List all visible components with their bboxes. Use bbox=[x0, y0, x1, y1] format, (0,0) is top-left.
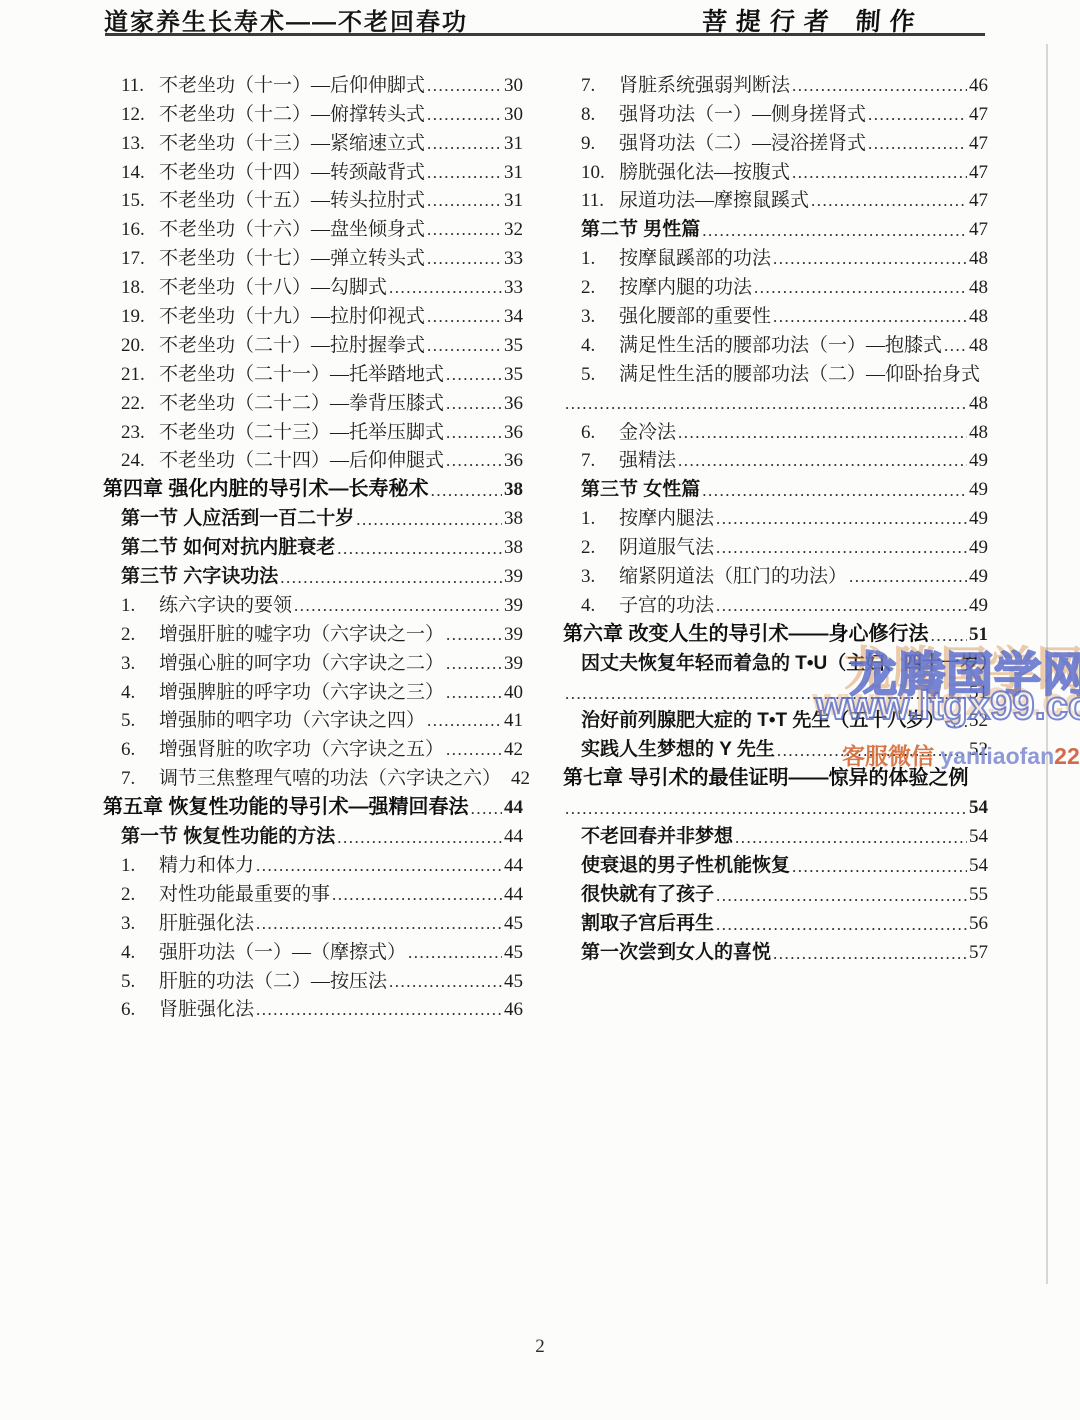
toc-entry-title: 强肝功法（一）—（摩擦式） bbox=[159, 937, 406, 964]
toc-entry-title: 第四章 强化内脏的导引术—长寿秘术 bbox=[103, 472, 429, 501]
toc-entry: 4. 子宫的功法 49 bbox=[563, 590, 988, 619]
toc-entry-title: 尿道功法—摩擦鼠蹊式 bbox=[619, 185, 809, 212]
toc-page-number: 38 bbox=[504, 508, 523, 530]
toc-page-number: 32 bbox=[504, 219, 523, 241]
toc-entry-number: 6. bbox=[103, 739, 159, 761]
toc-entry-title: 对性功能最重要的事 bbox=[159, 879, 330, 906]
toc-entry-title: 第一节 恢复性功能的方法 bbox=[103, 821, 335, 848]
toc-page-number: 31 bbox=[504, 190, 523, 212]
toc-page-number: 49 bbox=[969, 479, 988, 501]
toc-entry-title: 阴道服气法 bbox=[619, 532, 714, 559]
toc-entry: 21. 不老坐功（二十一）—托举踏地式 35 bbox=[103, 359, 523, 388]
toc-entry-title: 强精法 bbox=[619, 445, 676, 472]
toc-leader-dots bbox=[702, 221, 967, 241]
toc-entry-title: 不老坐功（十一）—后仰伸脚式 bbox=[159, 70, 425, 97]
toc-entry-number: 13. bbox=[103, 133, 159, 155]
toc-page-number: 30 bbox=[504, 104, 523, 126]
toc-leader-dots bbox=[427, 306, 502, 328]
toc-leader-dots bbox=[427, 710, 502, 732]
toc-entry: 1. 练六字诀的要领 39 bbox=[103, 590, 523, 619]
toc-entry: 7. 强精法 49 bbox=[563, 446, 988, 475]
toc-page-number: 42 bbox=[504, 739, 523, 761]
toc-entry: 6. 金冷法 48 bbox=[563, 417, 988, 446]
toc-page-number: 51 bbox=[969, 682, 988, 704]
toc-leader-dots bbox=[868, 104, 967, 126]
toc-entry: 5. 肝脏的功法（二）—按压法 45 bbox=[103, 966, 523, 995]
toc-page-number: 36 bbox=[504, 422, 523, 444]
toc-entry-title: 不老坐功（二十一）—托举踏地式 bbox=[159, 359, 444, 386]
toc-leader-dots bbox=[754, 277, 967, 299]
toc-page-number: 55 bbox=[969, 884, 988, 906]
toc-leader-dots bbox=[337, 828, 502, 848]
toc-entry: 2. 按摩内腿的功法 48 bbox=[563, 272, 988, 301]
toc-leader-dots bbox=[427, 219, 502, 241]
toc-page-number: 41 bbox=[504, 710, 523, 732]
toc-entry-number: 7. bbox=[103, 768, 159, 790]
toc-page-number: 54 bbox=[969, 855, 988, 877]
toc-page-number: 46 bbox=[504, 999, 523, 1021]
toc-leader-dots bbox=[849, 566, 967, 588]
toc-entry: 第一节 人应活到一百二十岁 38 bbox=[103, 503, 523, 532]
toc-leader-dots bbox=[332, 884, 502, 906]
toc-leader-dots bbox=[792, 75, 967, 97]
toc-leader-dots bbox=[868, 133, 967, 155]
toc-page-number: 35 bbox=[504, 335, 523, 357]
toc-entry-title: 练六字诀的要领 bbox=[159, 590, 292, 617]
toc-entry-title: 不老坐功（二十三）—托举压脚式 bbox=[159, 417, 444, 444]
toc-entry: 10. 膀胱强化法—按腹式 47 bbox=[563, 157, 988, 186]
toc-entry-title: 按摩内腿的功法 bbox=[619, 272, 752, 299]
toc-page-number: 42 bbox=[511, 768, 530, 790]
toc-entry: 2. 增强肝脏的嘘字功（六字诀之一） 39 bbox=[103, 619, 523, 648]
toc-entry: 17. 不老坐功（十七）—弹立转头式 33 bbox=[103, 243, 523, 272]
toc-leader-dots bbox=[446, 364, 502, 386]
toc-leader-dots bbox=[427, 104, 502, 126]
toc-entry: 2. 对性功能最重要的事 44 bbox=[103, 879, 523, 908]
toc-entry: 很快就有了孩子 55 bbox=[563, 879, 988, 908]
toc-leader-dots bbox=[389, 971, 502, 993]
toc-entry-number: 20. bbox=[103, 335, 159, 357]
toc-entry-title: 增强脾脏的呼字功（六字诀之三） bbox=[159, 677, 444, 704]
toc-entry-title: 第三节 女性篇 bbox=[563, 474, 700, 501]
toc-entry: 18. 不老坐功（十八）—勾脚式 33 bbox=[103, 272, 523, 301]
toc-entry-title: 使衰退的男子性机能恢复 bbox=[563, 850, 790, 877]
toc-entry: 48 bbox=[563, 388, 988, 417]
toc-page-number: 39 bbox=[504, 566, 523, 588]
toc-entry: 治好前列腺肥大症的 T•T 先生（五十八岁） 52 bbox=[563, 706, 988, 735]
toc-entry: 16. 不老坐功（十六）—盘坐倾身式 32 bbox=[103, 214, 523, 243]
toc-leader-dots bbox=[773, 248, 967, 270]
toc-entry: 11. 尿道功法—摩擦鼠蹊式 47 bbox=[563, 186, 988, 215]
toc-entry-title: 第六章 改变人生的导引术——身心修行法 bbox=[563, 617, 929, 646]
toc-entry-number: 6. bbox=[103, 999, 159, 1021]
toc-leader-dots bbox=[565, 684, 967, 704]
toc-entry-number: 4. bbox=[563, 595, 619, 617]
toc-leader-dots bbox=[427, 190, 502, 212]
toc-leader-dots bbox=[716, 508, 967, 530]
toc-entry: 8. 强肾功法（一）—侧身搓肾式 47 bbox=[563, 99, 988, 128]
toc-entry-number: 3. bbox=[563, 306, 619, 328]
toc-leader-dots bbox=[256, 999, 502, 1021]
toc-leader-dots bbox=[256, 855, 502, 877]
toc-entry: 4. 满足性生活的腰部功法（一）—抱膝式 48 bbox=[563, 330, 988, 359]
scan-page-edge bbox=[1046, 44, 1048, 1284]
toc-leader-dots bbox=[716, 886, 967, 906]
toc-leader-dots bbox=[811, 190, 967, 212]
toc-entry-number: 14. bbox=[103, 162, 159, 184]
toc-entry-title: 肾脏强化法 bbox=[159, 994, 254, 1021]
toc-leader-dots bbox=[427, 162, 502, 184]
toc-leader-dots bbox=[944, 335, 967, 357]
toc-entry: 第五章 恢复性功能的导引术—强精回春法 44 bbox=[103, 792, 523, 821]
toc-entry: 54 bbox=[563, 792, 988, 821]
toc-column-left: 11. 不老坐功（十一）—后仰伸脚式 30 12. 不老坐功（十二）—俯撑转头式… bbox=[103, 70, 523, 1023]
toc-leader-dots bbox=[792, 857, 967, 877]
toc-entry: 11. 不老坐功（十一）—后仰伸脚式 30 bbox=[103, 70, 523, 99]
toc-entry: 15. 不老坐功（十五）—转头拉肘式 31 bbox=[103, 186, 523, 215]
toc-page-number: 54 bbox=[969, 797, 988, 819]
toc-entry-number: 2. bbox=[563, 537, 619, 559]
toc-entry-number: 8. bbox=[563, 104, 619, 126]
toc-entry-title: 满足性生活的腰部功法（二）—仰卧抬身式 bbox=[619, 359, 980, 386]
toc-entry-title: 膀胱强化法—按腹式 bbox=[619, 157, 790, 184]
toc-entry-number: 1. bbox=[563, 248, 619, 270]
toc-entry-number: 17. bbox=[103, 248, 159, 270]
toc-entry-title: 不老坐功（十七）—弹立转头式 bbox=[159, 243, 425, 270]
toc-entry-number: 11. bbox=[563, 190, 619, 212]
toc-page-number: 44 bbox=[504, 855, 523, 877]
toc-entry-number: 1. bbox=[103, 595, 159, 617]
toc-entry-number: 5. bbox=[103, 971, 159, 993]
toc-page-number: 44 bbox=[504, 884, 523, 906]
toc-entry-number: 23. bbox=[103, 422, 159, 444]
toc-leader-dots bbox=[446, 653, 502, 675]
toc-page-number: 48 bbox=[969, 335, 988, 357]
toc-page-number: 40 bbox=[504, 682, 523, 704]
toc-entry-number: 4. bbox=[103, 682, 159, 704]
toc-entry-number: 19. bbox=[103, 306, 159, 328]
toc-leader-dots bbox=[702, 481, 967, 501]
toc-entry: 3. 增强心脏的呵字功（六字诀之二） 39 bbox=[103, 648, 523, 677]
toc-page-number: 48 bbox=[969, 248, 988, 270]
toc-entry: 9. 强肾功法（二）—浸浴搓肾式 47 bbox=[563, 128, 988, 157]
toc-entry-number: 10. bbox=[563, 162, 619, 184]
toc-entry-number: 6. bbox=[563, 422, 619, 444]
toc-leader-dots bbox=[565, 393, 967, 415]
toc-entry: 22. 不老坐功（二十二）—拳背压膝式 36 bbox=[103, 388, 523, 417]
toc-page-number: 47 bbox=[969, 133, 988, 155]
toc-page-number: 30 bbox=[504, 75, 523, 97]
toc-entry: 第四章 强化内脏的导引术—长寿秘术 38 bbox=[103, 474, 523, 503]
toc-leader-dots bbox=[716, 595, 967, 617]
toc-leader-dots bbox=[446, 682, 502, 704]
toc-entry-title: 不老坐功（十五）—转头拉肘式 bbox=[159, 185, 425, 212]
toc-entry-title: 不老坐功（十九）—拉肘仰视式 bbox=[159, 301, 425, 328]
toc-entry: 第三节 女性篇 49 bbox=[563, 474, 988, 503]
toc-leader-dots bbox=[446, 624, 502, 646]
toc-entry-title: 第三节 六字诀功法 bbox=[103, 561, 278, 588]
toc-page-number: 54 bbox=[969, 826, 988, 848]
toc-page-number: 33 bbox=[504, 248, 523, 270]
toc-entry: 24. 不老坐功（二十四）—后仰伸腿式 36 bbox=[103, 446, 523, 475]
toc-entry: 第六章 改变人生的导引术——身心修行法 51 bbox=[563, 619, 988, 648]
toc-page-number: 36 bbox=[504, 450, 523, 472]
toc-leader-dots bbox=[678, 422, 967, 444]
toc-entry-number: 5. bbox=[563, 364, 619, 386]
toc-leader-dots bbox=[735, 828, 967, 848]
toc-entry-title: 按摩内腿法 bbox=[619, 503, 714, 530]
toc-entry-number: 11. bbox=[103, 75, 159, 97]
toc-leader-dots bbox=[931, 626, 967, 646]
toc-entry-title: 因丈夫恢复年轻而着急的 T•U（主妇、四十一岁） bbox=[563, 648, 998, 675]
toc-entry-number: 1. bbox=[103, 855, 159, 877]
toc-page-number: 39 bbox=[504, 595, 523, 617]
scanned-toc-page: { "header": { "title": "道家养生长寿术——不老回春功",… bbox=[0, 0, 1080, 1420]
toc-entry-title: 子宫的功法 bbox=[619, 590, 714, 617]
toc-entry-number: 22. bbox=[103, 393, 159, 415]
toc-entry-title: 不老坐功（十二）—俯撑转头式 bbox=[159, 99, 425, 126]
toc-page-number: 49 bbox=[969, 537, 988, 559]
toc-entry-number: 2. bbox=[103, 624, 159, 646]
toc-entry-title: 第五章 恢复性功能的导引术—强精回春法 bbox=[103, 790, 469, 819]
toc-entry-number: 2. bbox=[103, 884, 159, 906]
toc-entry: 第一次尝到女人的喜悦 57 bbox=[563, 937, 988, 966]
toc-entry-title: 肝脏强化法 bbox=[159, 908, 254, 935]
toc-entry-number: 15. bbox=[103, 190, 159, 212]
toc-page-number: 31 bbox=[504, 162, 523, 184]
toc-entry-number: 18. bbox=[103, 277, 159, 299]
toc-entry: 23. 不老坐功（二十三）—托举压脚式 36 bbox=[103, 417, 523, 446]
toc-entry-number: 12. bbox=[103, 104, 159, 126]
toc-entry: 实践人生梦想的 Y 先生 52 bbox=[563, 734, 988, 763]
toc-page-number: 44 bbox=[504, 797, 523, 819]
toc-page-number: 47 bbox=[969, 190, 988, 212]
toc-entry-title: 不老坐功（二十）—拉肘握拳式 bbox=[159, 330, 425, 357]
toc-entry-title: 不老坐功（十三）—紧缩速立式 bbox=[159, 128, 425, 155]
toc-entry-title: 缩紧阴道法（肛门的功法） bbox=[619, 561, 847, 588]
toc-leader-dots bbox=[446, 422, 502, 444]
toc-leader-dots bbox=[427, 133, 502, 155]
toc-entry-title: 不老坐功（十六）—盘坐倾身式 bbox=[159, 214, 425, 241]
toc-entry-number: 1. bbox=[563, 508, 619, 530]
toc-entry-title: 肾脏系统强弱判断法 bbox=[619, 70, 790, 97]
toc-entry: 第二节 男性篇 47 bbox=[563, 214, 988, 243]
toc-leader-dots bbox=[427, 75, 502, 97]
toc-entry-title: 不老坐功（二十四）—后仰伸腿式 bbox=[159, 445, 444, 472]
toc-leader-dots bbox=[408, 942, 502, 964]
toc-page-number: 49 bbox=[969, 508, 988, 530]
toc-page-number: 36 bbox=[504, 393, 523, 415]
toc-entry: 14. 不老坐功（十四）—转颈敲背式 31 bbox=[103, 157, 523, 186]
toc-entry-title: 金冷法 bbox=[619, 417, 676, 444]
toc-page-number: 38 bbox=[504, 479, 523, 501]
toc-leader-dots bbox=[792, 162, 967, 184]
toc-entry-title: 增强肺的呬字功（六字诀之四） bbox=[159, 705, 425, 732]
toc-entry-number: 4. bbox=[103, 942, 159, 964]
toc-entry-number: 7. bbox=[563, 75, 619, 97]
toc-entry: 1. 按摩鼠蹊部的功法 48 bbox=[563, 243, 988, 272]
toc-entry: 12. 不老坐功（十二）—俯撑转头式 30 bbox=[103, 99, 523, 128]
toc-entry-title: 满足性生活的腰部功法（一）—抱膝式 bbox=[619, 330, 942, 357]
toc-entry: 5. 增强肺的呬字功（六字诀之四） 41 bbox=[103, 706, 523, 735]
toc-entry-number: 3. bbox=[103, 913, 159, 935]
toc-entry-title: 实践人生梦想的 Y 先生 bbox=[563, 734, 775, 761]
toc-entry: 4. 增强脾脏的呼字功（六字诀之三） 40 bbox=[103, 677, 523, 706]
toc-entry: 6. 增强肾脏的吹字功（六字诀之五） 42 bbox=[103, 734, 523, 763]
toc-entry-title: 调节三焦整理气嘻的功法（六字诀之六） bbox=[159, 763, 501, 790]
toc-page-number: 45 bbox=[504, 971, 523, 993]
toc-entry-title: 强化腰部的重要性 bbox=[619, 301, 771, 328]
toc-entry: 第三节 六字诀功法 39 bbox=[103, 561, 523, 590]
toc-page-number: 47 bbox=[969, 162, 988, 184]
toc-entry-title: 增强肝脏的嘘字功（六字诀之一） bbox=[159, 619, 444, 646]
toc-entry-title: 很快就有了孩子 bbox=[563, 879, 714, 906]
toc-entry-title: 增强肾脏的吹字功（六字诀之五） bbox=[159, 734, 444, 761]
toc-page-number: 51 bbox=[969, 624, 988, 646]
toc-page-number: 39 bbox=[504, 653, 523, 675]
toc-entry: 使衰退的男子性机能恢复 54 bbox=[563, 850, 988, 879]
toc-page-number: 31 bbox=[504, 133, 523, 155]
toc-page-number: 47 bbox=[969, 104, 988, 126]
toc-page-number: 48 bbox=[969, 393, 988, 415]
toc-leader-dots bbox=[773, 306, 967, 328]
toc-leader-dots bbox=[427, 335, 502, 357]
toc-leader-dots bbox=[946, 712, 967, 732]
toc-entry-number: 7. bbox=[563, 450, 619, 472]
watermark-contact-number: 225 bbox=[1054, 743, 1080, 769]
toc-entry: 第一节 恢复性功能的方法 44 bbox=[103, 821, 523, 850]
toc-leader-dots bbox=[565, 799, 967, 819]
toc-column-right: 7. 肾脏系统强弱判断法 46 8. 强肾功法（一）—侧身搓肾式 47 9. 强… bbox=[563, 70, 988, 966]
toc-leader-dots bbox=[337, 539, 502, 559]
toc-leader-dots bbox=[773, 944, 967, 964]
toc-leader-dots bbox=[716, 915, 967, 935]
toc-page-number: 57 bbox=[969, 942, 988, 964]
toc-entry-number: 3. bbox=[563, 566, 619, 588]
toc-entry-title: 第一次尝到女人的喜悦 bbox=[563, 937, 771, 964]
toc-entry-title: 增强心脏的呵字功（六字诀之二） bbox=[159, 648, 444, 675]
toc-entry-title: 第七章 导引术的最佳证明——惊异的体验之例 bbox=[563, 761, 969, 790]
toc-entry: 第七章 导引术的最佳证明——惊异的体验之例 bbox=[563, 763, 988, 792]
toc-leader-dots bbox=[446, 739, 502, 761]
toc-page-number: 45 bbox=[504, 942, 523, 964]
toc-page-number: 38 bbox=[504, 537, 523, 559]
toc-entry-number: 21. bbox=[103, 364, 159, 386]
toc-entry: 20. 不老坐功（二十）—拉肘握拳式 35 bbox=[103, 330, 523, 359]
toc-page-number: 46 bbox=[969, 75, 988, 97]
toc-entry: 4. 强肝功法（一）—（摩擦式） 45 bbox=[103, 937, 523, 966]
toc-entry: 51 bbox=[563, 677, 988, 706]
toc-page-number: 56 bbox=[969, 913, 988, 935]
toc-entry: 1. 按摩内腿法 49 bbox=[563, 503, 988, 532]
toc-page-number: 39 bbox=[504, 624, 523, 646]
toc-entry-title: 不老坐功（二十二）—拳背压膝式 bbox=[159, 388, 444, 415]
folio-page-number: 2 bbox=[0, 1336, 1080, 1358]
toc-page-number: 48 bbox=[969, 422, 988, 444]
toc-leader-dots bbox=[446, 450, 502, 472]
toc-entry-number: 3. bbox=[103, 653, 159, 675]
toc-leader-dots bbox=[256, 913, 502, 935]
toc-leader-dots bbox=[294, 595, 502, 617]
toc-entry: 7. 肾脏系统强弱判断法 46 bbox=[563, 70, 988, 99]
toc-leader-dots bbox=[427, 248, 502, 270]
toc-entry-number: 4. bbox=[563, 335, 619, 357]
toc-page-number: 48 bbox=[969, 277, 988, 299]
toc-entry-title: 强肾功法（二）—浸浴搓肾式 bbox=[619, 128, 866, 155]
toc-leader-dots bbox=[678, 450, 967, 472]
toc-entry: 19. 不老坐功（十九）—拉肘仰视式 34 bbox=[103, 301, 523, 330]
toc-leader-dots bbox=[446, 393, 502, 415]
toc-entry: 3. 强化腰部的重要性 48 bbox=[563, 301, 988, 330]
toc-entry: 13. 不老坐功（十三）—紧缩速立式 31 bbox=[103, 128, 523, 157]
toc-entry: 1. 精力和体力 44 bbox=[103, 850, 523, 879]
toc-leader-dots bbox=[356, 510, 502, 530]
toc-leader-dots bbox=[716, 537, 967, 559]
toc-entry: 5. 满足性生活的腰部功法（二）—仰卧抬身式 bbox=[563, 359, 988, 388]
toc-page-number: 48 bbox=[969, 306, 988, 328]
toc-page-number: 33 bbox=[504, 277, 523, 299]
toc-entry-title: 治好前列腺肥大症的 T•T 先生（五十八岁） bbox=[563, 705, 944, 732]
toc-entry-title: 按摩鼠蹊部的功法 bbox=[619, 243, 771, 270]
toc-entry-title: 不老回春并非梦想 bbox=[563, 821, 733, 848]
toc-entry-title: 割取子宫后再生 bbox=[563, 908, 714, 935]
toc-page-number: 47 bbox=[969, 219, 988, 241]
toc-entry: 3. 肝脏强化法 45 bbox=[103, 908, 523, 937]
toc-entry-number: 16. bbox=[103, 219, 159, 241]
toc-page-number: 44 bbox=[504, 826, 523, 848]
toc-leader-dots bbox=[471, 799, 502, 819]
toc-entry-number: 5. bbox=[103, 710, 159, 732]
toc-entry-number: 2. bbox=[563, 277, 619, 299]
toc-page-number: 49 bbox=[969, 595, 988, 617]
toc-entry-title: 第二节 如何对抗内脏衰老 bbox=[103, 532, 335, 559]
toc-leader-dots bbox=[280, 568, 502, 588]
toc-leader-dots bbox=[777, 741, 967, 761]
toc-entry: 7. 调节三焦整理气嘻的功法（六字诀之六） 42 bbox=[103, 763, 523, 792]
toc-entry-title: 不老坐功（十八）—勾脚式 bbox=[159, 272, 387, 299]
book-title: 道家养生长寿术——不老回春功 bbox=[104, 2, 468, 37]
toc-entry: 因丈夫恢复年轻而着急的 T•U（主妇、四十一岁） bbox=[563, 648, 988, 677]
toc-leader-dots bbox=[431, 481, 502, 501]
toc-entry-title: 强肾功法（一）—侧身搓肾式 bbox=[619, 99, 866, 126]
toc-page-number: 45 bbox=[504, 913, 523, 935]
toc-page-number: 35 bbox=[504, 364, 523, 386]
toc-entry: 3. 缩紧阴道法（肛门的功法） 49 bbox=[563, 561, 988, 590]
toc-entry-number: 9. bbox=[563, 133, 619, 155]
toc-page-number: 49 bbox=[969, 566, 988, 588]
toc-entry: 第二节 如何对抗内脏衰老 38 bbox=[103, 532, 523, 561]
toc-page-number: 34 bbox=[504, 306, 523, 328]
header-divider bbox=[105, 33, 985, 36]
toc-entry-number: 24. bbox=[103, 450, 159, 472]
toc-entry: 割取子宫后再生 56 bbox=[563, 908, 988, 937]
toc-entry: 2. 阴道服气法 49 bbox=[563, 532, 988, 561]
toc-leader-dots bbox=[389, 277, 502, 299]
toc-page-number: 49 bbox=[969, 450, 988, 472]
toc-entry-title: 不老坐功（十四）—转颈敲背式 bbox=[159, 157, 425, 184]
toc-entry: 6. 肾脏强化法 46 bbox=[103, 995, 523, 1024]
toc-page-number: 52 bbox=[969, 710, 988, 732]
toc-entry: 不老回春并非梦想 54 bbox=[563, 821, 988, 850]
toc-entry-title: 第一节 人应活到一百二十岁 bbox=[103, 503, 354, 530]
toc-page-number: 52 bbox=[969, 739, 988, 761]
toc-entry-title: 肝脏的功法（二）—按压法 bbox=[159, 966, 387, 993]
toc-entry-title: 第二节 男性篇 bbox=[563, 214, 700, 241]
toc-entry-title: 精力和体力 bbox=[159, 850, 254, 877]
